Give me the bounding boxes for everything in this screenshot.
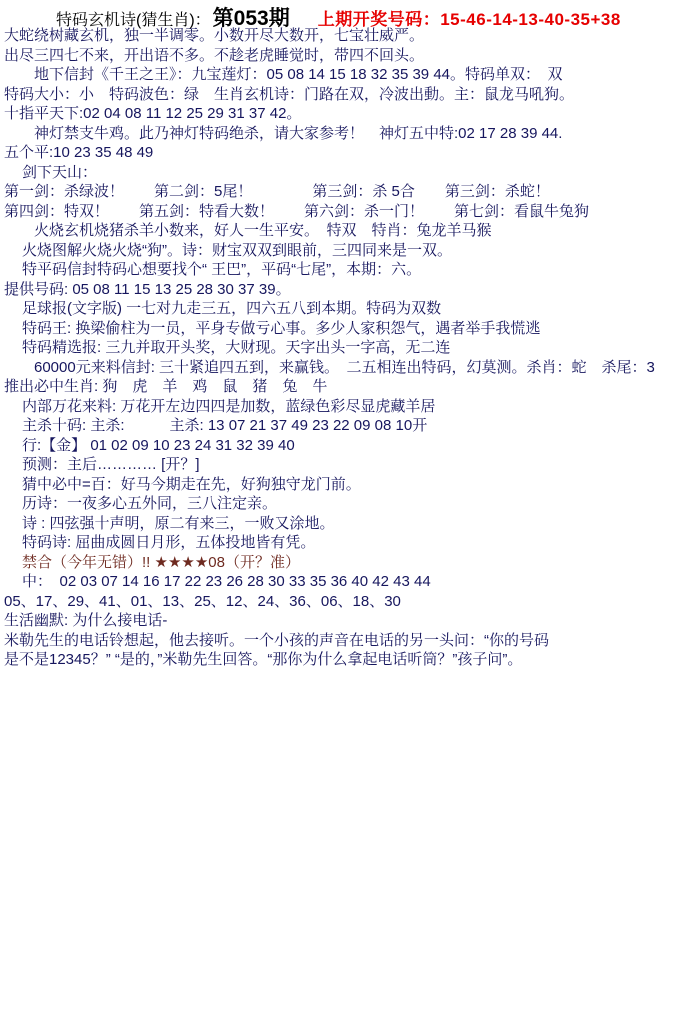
humor-text-line: 米勒先生的电话铃想起，他去接听。一个小孩的声音在电话的另一头问：“你的号码 xyxy=(0,631,675,651)
text-line: 剑下天山： xyxy=(0,163,675,183)
text-line: 中： 02 03 07 14 16 17 22 23 26 28 30 33 3… xyxy=(0,572,675,592)
text-line: 十指平天下:02 04 08 11 12 25 29 31 37 42。 xyxy=(0,104,675,124)
text-line: 出尽三四七不来，开出语不多。不趁老虎睡觉时，带四不回头。 xyxy=(0,46,675,66)
text-line: 特码王: 换梁偷柱为一员，平身专做亏心事。多少人家积怨气，遇者举手我慌逃 xyxy=(0,319,675,339)
text-line: 地下信封《千王之王》：九宝莲灯：05 08 14 15 18 32 35 39 … xyxy=(0,65,675,85)
text-line: 第一剑：杀绿波！ 第二剑：5尾！ 第三剑：杀 5合 第三剑：杀蛇！ xyxy=(0,182,675,202)
text-line: 火烧图解火烧火烧“狗”。诗：财宝双双到眼前，三四同来是一双。 xyxy=(0,241,675,261)
text-line: 五个平:10 23 35 48 49 xyxy=(0,143,675,163)
sheet-header: 特码玄机诗(猜生肖)： 第053期 上期开奖号码：15-46-14-13-40-… xyxy=(0,2,675,26)
text-line: 猜中必中=百：好马今期走在先，好狗独守龙门前。 xyxy=(0,475,675,495)
text-line: 60000元来料信封: 三十紧追四五到，来赢钱。 二五相连出特码，幻莫测。杀肖：… xyxy=(0,358,675,378)
ban-combination-line: 禁合（今年无错）!! ★★★★08（开？准） xyxy=(0,553,675,573)
text-line: 行:【金】 01 02 09 10 23 24 31 32 39 40 xyxy=(0,436,675,456)
text-line: 特平码信封特码心想要找个“ 王巴”，平码“七尾”，本期：六。 xyxy=(0,260,675,280)
humor-text-line: 是不是12345？” “是的，”米勒先生回答。“那你为什么拿起电话听筒？”孩子问… xyxy=(0,650,675,670)
text-line: 主杀十码: 主杀: 主杀: 13 07 21 37 49 23 22 09 08… xyxy=(0,416,675,436)
text-line: 推出必中生肖: 狗 虎 羊 鸡 鼠 猪 兔 牛 xyxy=(0,377,675,397)
text-line: 第四剑：特双！ 第五剑：特看大数！ 第六剑：杀一门！ 第七剑：看鼠牛兔狗 xyxy=(0,202,675,222)
text-line: 特码诗: 屈曲成圆日月形，五体投地皆有凭。 xyxy=(0,533,675,553)
text-line: 预测：主后………… [开？] xyxy=(0,455,675,475)
text-line: 05、17、29、41、01、13、25、12、24、36、06、18、30 xyxy=(0,592,675,612)
text-line: 诗 : 四弦强十声明，原二有来三，一败又涂地。 xyxy=(0,514,675,534)
humor-title-line: 生活幽默: 为什么接电话- xyxy=(0,611,675,631)
text-line: 历诗：一夜多心五外同，三八注定亲。 xyxy=(0,494,675,514)
text-line: 特码大小：小 特码波色：绿 生肖玄机诗：门路在双，冷波出動。主：鼠龙马吼狗。 xyxy=(0,85,675,105)
text-line: 神灯禁支牛鸡。此乃神灯特码绝杀，请大家参考！ 神灯五中特:02 17 28 39… xyxy=(0,124,675,144)
text-line: 提供号码: 05 08 11 15 13 25 28 30 37 39。 xyxy=(0,280,675,300)
text-line: 火烧玄机烧猪杀羊小数来，好人一生平安。 特双 特肖：兔龙羊马猴 xyxy=(0,221,675,241)
lottery-tip-sheet: 特码玄机诗(猜生肖)： 第053期 上期开奖号码：15-46-14-13-40-… xyxy=(0,0,675,1011)
text-line: 内部万花来料: 万花开左边四四是加数，蓝绿色彩尽显虎藏羊居 xyxy=(0,397,675,417)
text-line: 足球报(文字版) 一七对九走三五，四六五八到本期。特码为双数 xyxy=(0,299,675,319)
text-line: 特码精选报: 三九并取开头奖，大财现。天字出头一字高，无二连 xyxy=(0,338,675,358)
